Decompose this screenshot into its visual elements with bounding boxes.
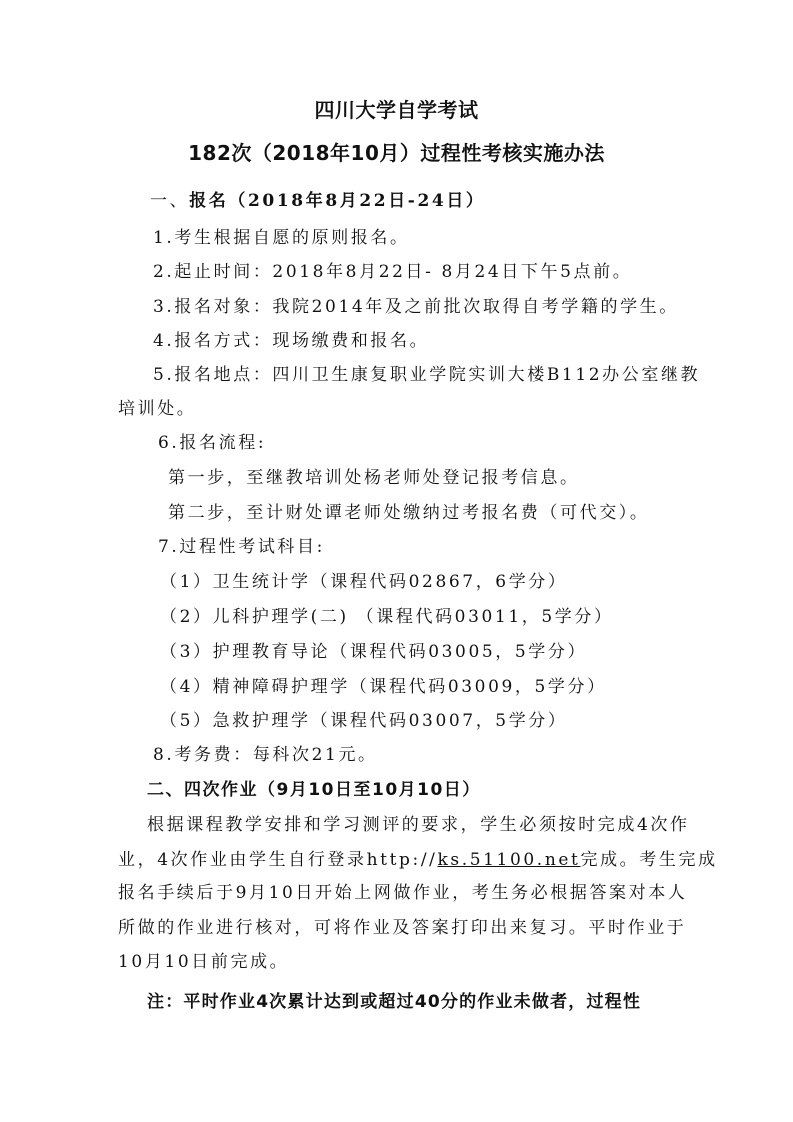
homework-note: 注：平时作业4次累计达到或超过40分的作业未做者，过程性 xyxy=(147,991,641,1013)
section1-item-4: 4.报名方式：现场缴费和报名。 xyxy=(153,330,429,352)
homework-site-link[interactable]: ks.51100.net xyxy=(438,850,581,870)
section2-paragraph-line-4: 所做的作业进行核对，可将作业及答案打印出来复习。平时作业于 xyxy=(118,917,686,939)
section2-paragraph-line-2: 业，4次作业由学生自行登录http://ks.51100.net完成。考生完成 xyxy=(118,849,718,871)
section1-item-2: 2.起止时间：2018年8月22日- 8月24日下午5点前。 xyxy=(153,261,632,283)
section2-paragraph-line-5: 10月10日前完成。 xyxy=(118,951,289,973)
section1-item-3: 3.报名对象：我院2014年及之前批次取得自考学籍的学生。 xyxy=(153,296,679,318)
section1-item-1: 1.考生根据自愿的原则报名。 xyxy=(153,227,410,249)
section2-paragraph-line-3: 报名手续后于9月10日开始上网做作业，考生务必根据答案对本人 xyxy=(118,882,687,904)
section1-item-5-continued: 培训处。 xyxy=(118,398,196,420)
section2-heading: 二、四次作业（9月10日至10月10日） xyxy=(147,779,481,801)
paragraph-text: 业，4次作业由学生自行登录http:// xyxy=(118,850,438,870)
subject-5: （5）急救护理学（课程代码03007，5学分） xyxy=(160,710,568,732)
paragraph-text: 完成。考生完成 xyxy=(580,850,717,870)
section2-paragraph-line-1: 根据课程教学安排和学习测评的要求，学生必须按时完成4次作 xyxy=(147,814,690,836)
registration-step-2: 第二步，至计财处谭老师处缴纳过考报名费（可代交）。 xyxy=(168,502,650,524)
subject-4: （4）精神障碍护理学（课程代码03009，5学分） xyxy=(160,676,607,698)
section1-item-5: 5.报名地点：四川卫生康复职业学院实训大楼B112办公室继教 xyxy=(153,364,700,386)
subject-1: （1）卫生统计学（课程代码02867，6学分） xyxy=(160,571,568,593)
subject-3: （3）护理教育导论（课程代码03005，5学分） xyxy=(160,641,587,663)
section1-heading: 一、报名（2018年8月22日-24日） xyxy=(150,190,486,212)
registration-step-1: 第一步，至继教培训处杨老师处登记报考信息。 xyxy=(168,467,580,489)
section1-item-6: 6.报名流程: xyxy=(158,432,266,454)
document-page: 四川大学自学考试 182次（2018年10月）过程性考核实施办法 一、报名（20… xyxy=(0,0,793,1122)
document-subtitle: 182次（2018年10月）过程性考核实施办法 xyxy=(0,140,793,166)
section1-heading-text: 报名（2018年8月22日-24日） xyxy=(189,191,485,211)
document-title: 四川大学自学考试 xyxy=(0,97,793,123)
section1-heading-prefix: 一、 xyxy=(150,191,189,211)
section1-item-7: 7.过程性考试科目: xyxy=(158,536,325,558)
subject-2: （2）儿科护理学(二) （课程代码03011，5学分） xyxy=(160,606,614,628)
exam-fee: 8.考务费：每科次21元。 xyxy=(153,744,378,766)
